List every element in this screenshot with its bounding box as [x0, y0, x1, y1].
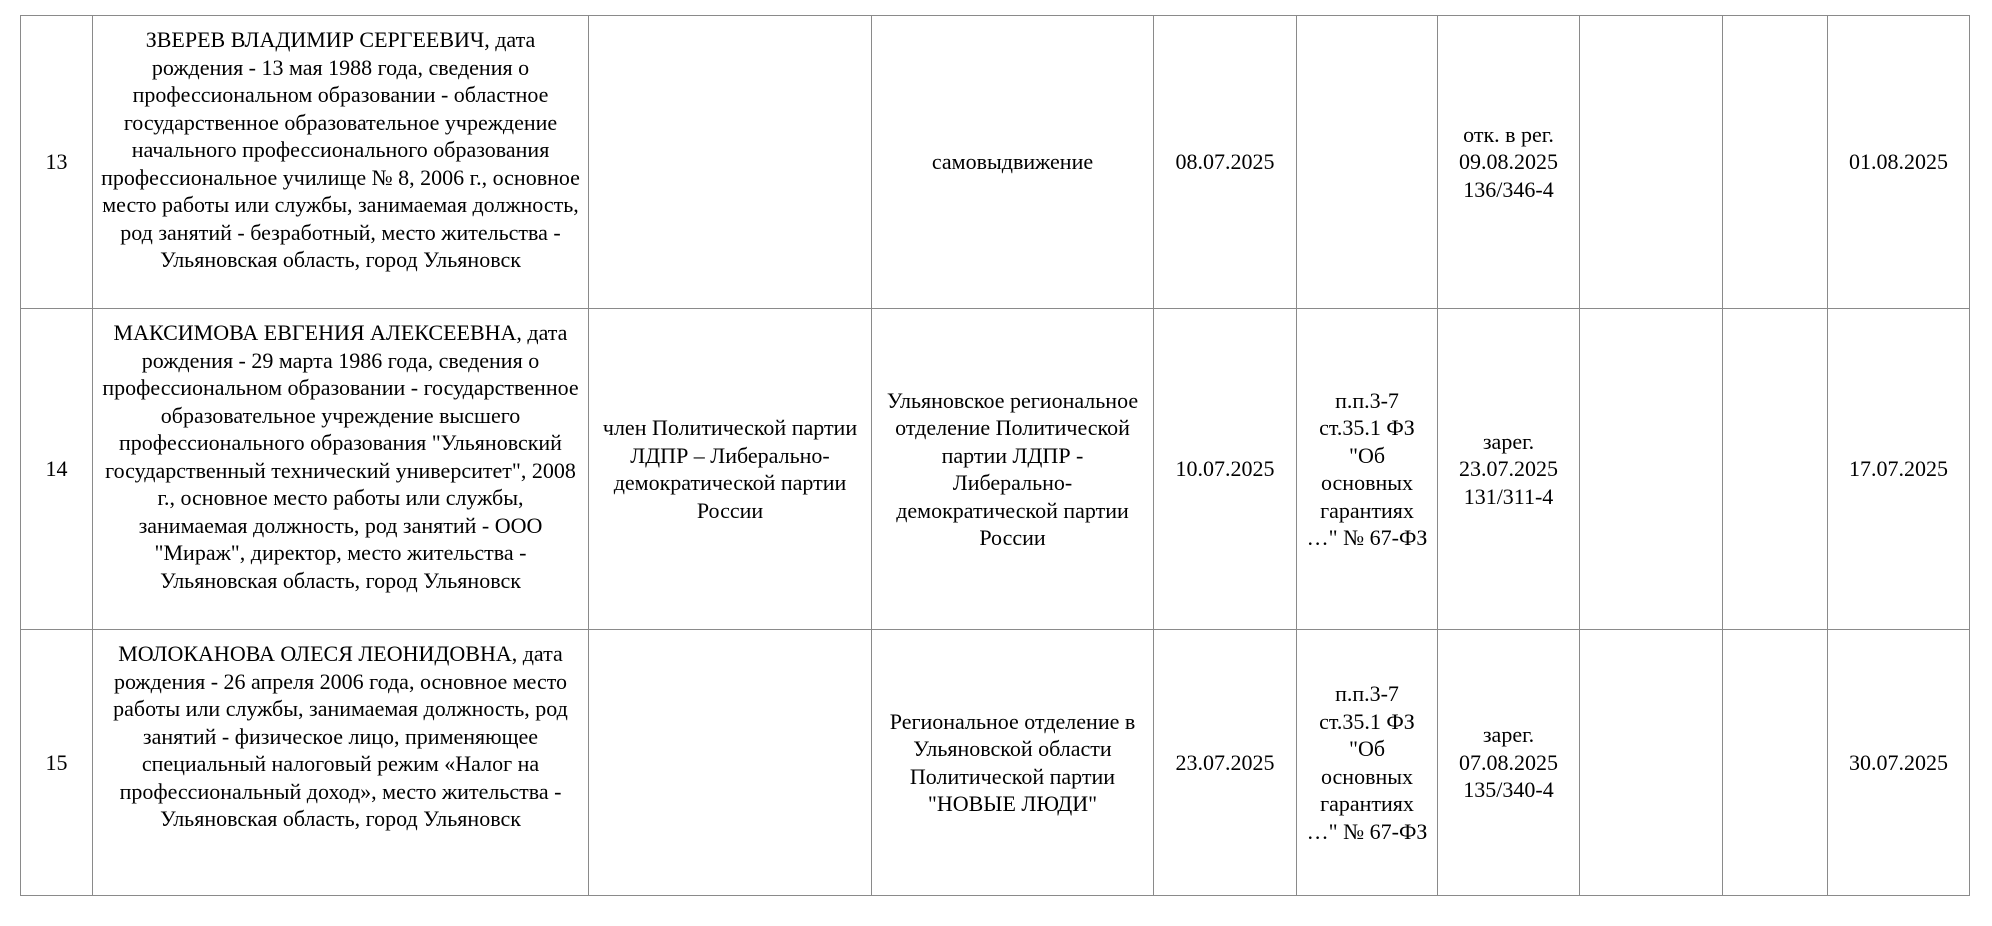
- nominated-by: Ульяновское региональное отделение Полит…: [872, 309, 1154, 630]
- registration-decision: зарег. 23.07.2025 131/311-4: [1438, 309, 1580, 630]
- empty-cell: [1723, 309, 1828, 630]
- nominated-by: самовыдвижение: [872, 16, 1154, 309]
- refusal-grounds: п.п.3-7 ст.35.1 ФЗ "Об основных гарантия…: [1297, 630, 1438, 896]
- candidate-info: МАКСИМОВА ЕВГЕНИЯ АЛЕКСЕЕВНА, дата рожде…: [93, 309, 589, 630]
- refusal-grounds: п.п.3-7 ст.35.1 ФЗ "Об основных гарантия…: [1297, 309, 1438, 630]
- registration-decision: зарег. 07.08.2025 135/340-4: [1438, 630, 1580, 896]
- candidate-text: ЗВЕРЕВ ВЛАДИМИР СЕРГЕЕВИЧ, дата рождения…: [101, 16, 580, 308]
- empty-cell: [1723, 630, 1828, 896]
- candidate-info: ЗВЕРЕВ ВЛАДИМИР СЕРГЕЕВИЧ, дата рождения…: [93, 16, 589, 309]
- row-number: 13: [21, 16, 93, 309]
- date-cell: 30.07.2025: [1828, 630, 1970, 896]
- empty-cell: [1723, 16, 1828, 309]
- candidate-text: МАКСИМОВА ЕВГЕНИЯ АЛЕКСЕЕВНА, дата рожде…: [101, 309, 580, 629]
- candidate-text: МОЛОКАНОВА ОЛЕСЯ ЛЕОНИДОВНА, дата рожден…: [101, 630, 580, 895]
- submission-date: 08.07.2025: [1154, 16, 1297, 309]
- party-membership: [589, 16, 872, 309]
- date-cell: 01.08.2025: [1828, 16, 1970, 309]
- table-row: 15 МОЛОКАНОВА ОЛЕСЯ ЛЕОНИДОВНА, дата рож…: [21, 630, 1970, 896]
- empty-cell: [1580, 16, 1723, 309]
- empty-cell: [1580, 630, 1723, 896]
- party-membership: [589, 630, 872, 896]
- registration-decision: отк. в рег. 09.08.2025 136/346-4: [1438, 16, 1580, 309]
- submission-date: 10.07.2025: [1154, 309, 1297, 630]
- table-row: 14 МАКСИМОВА ЕВГЕНИЯ АЛЕКСЕЕВНА, дата ро…: [21, 309, 1970, 630]
- table-row: 13 ЗВЕРЕВ ВЛАДИМИР СЕРГЕЕВИЧ, дата рожде…: [21, 16, 1970, 309]
- submission-date: 23.07.2025: [1154, 630, 1297, 896]
- nominated-by: Региональное отделение в Ульяновской обл…: [872, 630, 1154, 896]
- party-membership: член Политической партии ЛДПР – Либераль…: [589, 309, 872, 630]
- row-number: 15: [21, 630, 93, 896]
- candidate-info: МОЛОКАНОВА ОЛЕСЯ ЛЕОНИДОВНА, дата рожден…: [93, 630, 589, 896]
- date-cell: 17.07.2025: [1828, 309, 1970, 630]
- empty-cell: [1580, 309, 1723, 630]
- row-number: 14: [21, 309, 93, 630]
- candidates-table: 13 ЗВЕРЕВ ВЛАДИМИР СЕРГЕЕВИЧ, дата рожде…: [20, 15, 1970, 896]
- refusal-grounds: [1297, 16, 1438, 309]
